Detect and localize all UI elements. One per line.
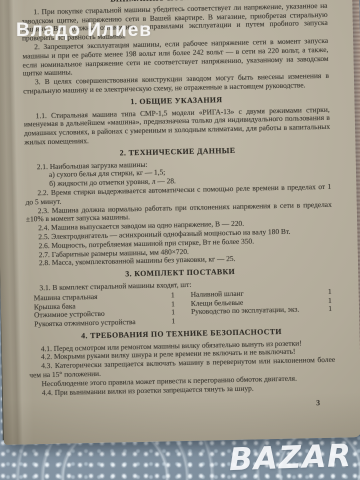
kit-item-name: Руководство по эксплуатации, экз. (191, 306, 299, 317)
section1-paragraph: 1.1. Стиральная машина типа СМР-1,5 моде… (24, 105, 331, 147)
kit-row: Руководство по эксплуатации, экз. 1 (191, 305, 334, 317)
photo-of-manual-page: ВНИМАНИЮ ПОКУПАТЕЛЯМ! 1. При покупке сти… (0, 0, 360, 480)
scanned-page: ВНИМАНИЮ ПОКУПАТЕЛЯМ! 1. При покупке сти… (0, 0, 360, 445)
kit-item-qty: 1 (171, 317, 177, 326)
kit-item-name: Рукоятка отжимного устройства (34, 318, 136, 329)
page-number: 3 (30, 399, 336, 414)
kit-item-qty: 1 (328, 305, 334, 314)
kit-row: Рукоятка отжимного устройства 1 (34, 317, 177, 329)
kit-column-left: Машина стиральная 1 Крышка бака 1 Отжимн… (34, 291, 178, 329)
kit-column-right: Наливной шланг 1 Клещи бельевые 1 Руково… (191, 287, 335, 325)
page-content: ВНИМАНИЮ ПОКУПАТЕЛЯМ! 1. При покупке сти… (21, 0, 336, 415)
seller-watermark: Владо Илиев (16, 20, 152, 42)
kit-table: Машина стиральная 1 Крышка бака 1 Отжимн… (34, 287, 335, 329)
bazar-logo-watermark: BAZAR (228, 438, 352, 478)
